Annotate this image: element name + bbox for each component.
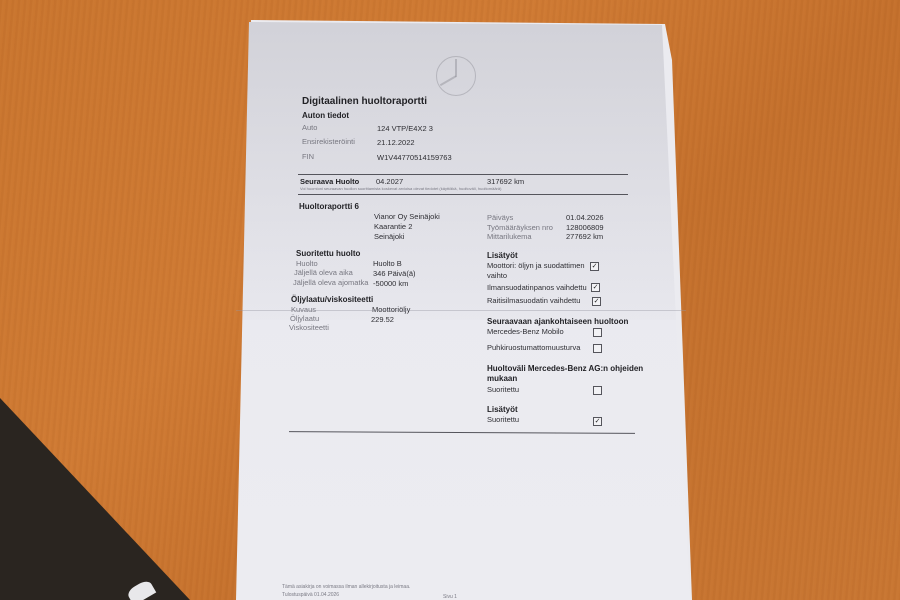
checkbox-air-filter[interactable]: ✓ bbox=[591, 283, 600, 292]
service-report-document: Digitaalinen huoltoraportti Auton tiedot… bbox=[0, 0, 900, 600]
performed-service-heading: Suoritettu huolto bbox=[296, 250, 360, 258]
footer-page-number: Sivu 1 bbox=[443, 595, 457, 600]
checkbox-extra-done[interactable]: ✓ bbox=[593, 417, 602, 426]
next-current-item-mobilo: Mercedes-Benz Mobilo bbox=[487, 328, 564, 336]
workshop-street: Kaarantie 2 bbox=[374, 223, 412, 231]
extra-heading: Lisätyöt bbox=[487, 406, 518, 414]
additional-work-heading: Lisätyöt bbox=[487, 252, 518, 260]
divider-bottom bbox=[298, 194, 628, 195]
next-service-date: 04.2027 bbox=[376, 178, 403, 186]
workshop-name: Vianor Oy Seinäjoki bbox=[374, 213, 440, 221]
report-label-work-order: Työmääräyksen nro bbox=[487, 224, 553, 232]
document-title: Digitaalinen huoltoraportti bbox=[302, 97, 427, 107]
interval-heading-line2: mukaan bbox=[487, 375, 517, 383]
next-service-mileage: 317692 km bbox=[487, 178, 524, 186]
section-end-divider bbox=[289, 431, 635, 434]
report-value-odometer: 277692 km bbox=[566, 233, 603, 241]
vehicle-label-registration: Ensirekisteröinti bbox=[302, 138, 355, 146]
checkbox-cabin-filter[interactable]: ✓ bbox=[592, 297, 601, 306]
checkbox-interval-done[interactable] bbox=[593, 386, 602, 395]
interval-item-label: Suoritettu bbox=[487, 386, 519, 394]
performed-value-service: Huolto B bbox=[373, 260, 402, 268]
next-current-heading: Seuraavaan ajankohtaiseen huoltoon bbox=[487, 318, 628, 326]
extra-item-label: Suoritettu bbox=[487, 416, 519, 424]
performed-label-service: Huolto bbox=[296, 260, 318, 268]
checkbox-oil-change[interactable]: ✓ bbox=[590, 262, 599, 271]
vehicle-value-registration: 21.12.2022 bbox=[377, 139, 415, 147]
checkbox-rust-protection[interactable] bbox=[593, 344, 602, 353]
vehicle-value-model: 124 VTP/E4X2 3 bbox=[377, 125, 433, 133]
footer-print-date: Tulostuspäivä 01.04.2026 bbox=[282, 593, 339, 598]
additional-item-air-filter: Ilmansuodatinpanos vaihdettu bbox=[487, 284, 587, 292]
oil-label-viscosity: Viskositeetti bbox=[289, 324, 329, 332]
performed-label-time-left: Jäljellä oleva aika bbox=[294, 269, 353, 277]
workshop-city: Seinäjoki bbox=[374, 233, 404, 241]
performed-value-distance-left: -50000 km bbox=[373, 280, 408, 288]
vehicle-section-heading: Auton tiedot bbox=[302, 112, 349, 120]
interval-heading-line1: Huoltoväli Mercedes-Benz AG:n ohjeiden bbox=[487, 365, 643, 373]
vehicle-value-fin: W1V44770514159763 bbox=[377, 154, 452, 162]
next-service-label: Seuraava Huolto bbox=[300, 178, 359, 186]
additional-item-oil-line1: Moottori: öljyn ja suodattimen bbox=[487, 262, 585, 270]
report-value-date: 01.04.2026 bbox=[566, 214, 604, 222]
performed-label-distance-left: Jäljellä oleva ajomatka bbox=[293, 279, 368, 287]
next-service-note: Voi huomioni seuraavan huollon suorittam… bbox=[300, 187, 501, 191]
additional-item-oil-line2: vaihto bbox=[487, 272, 507, 280]
report-heading: Huoltoraportti 6 bbox=[299, 203, 359, 211]
report-value-work-order: 128006809 bbox=[566, 224, 604, 232]
additional-item-cabin-filter: Raitisilmasuodatin vaihdettu bbox=[487, 297, 580, 305]
report-label-date: Päiväys bbox=[487, 214, 513, 222]
report-label-odometer: Mittarilukema bbox=[487, 233, 532, 241]
paper-fold bbox=[236, 310, 686, 311]
oil-label-quality: Öljylaatu bbox=[290, 315, 319, 323]
next-current-item-rust: Puhkiruostumattomuusturva bbox=[487, 344, 580, 352]
oil-value-quality: 229.52 bbox=[371, 316, 394, 324]
footer-validity: Tämä asiakirja on voimassa ilman allekir… bbox=[282, 585, 410, 590]
divider-top bbox=[298, 174, 628, 175]
vehicle-label-model: Auto bbox=[302, 124, 317, 132]
checkbox-mobilo[interactable] bbox=[593, 328, 602, 337]
oil-heading: Öljylaatu/viskositeetti bbox=[291, 296, 373, 304]
vehicle-label-fin: FIN bbox=[302, 153, 314, 161]
performed-value-time-left: 346 Päivä(ä) bbox=[373, 270, 416, 278]
